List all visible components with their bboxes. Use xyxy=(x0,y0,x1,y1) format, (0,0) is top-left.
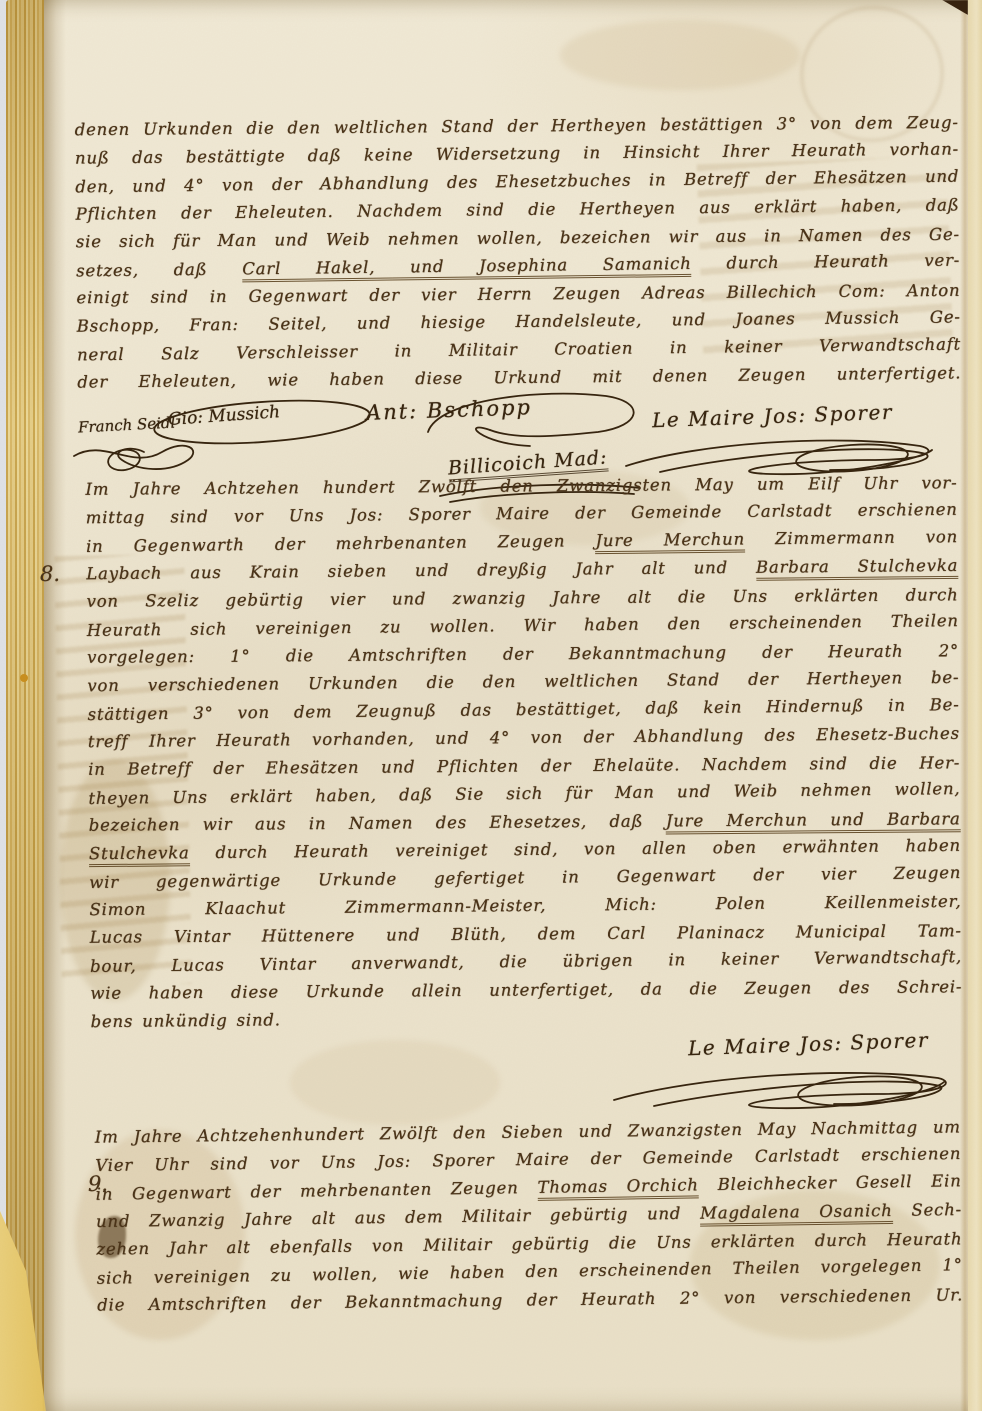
manuscript-text: in Betreff der Ehesätzen und Pflichten d… xyxy=(88,753,960,779)
underlined-name: Magdalena Osanich xyxy=(700,1201,893,1227)
manuscript-text: Laybach aus Krain sieben und dreyßig Jah… xyxy=(86,558,756,583)
manuscript-text: Bleichhecker Gesell Ein xyxy=(699,1171,962,1194)
entry-9-text: Im Jahre Achtzehenhundert Zwölft den Sie… xyxy=(95,1112,964,1320)
adjacent-leaf-edge xyxy=(968,0,982,1411)
manuscript-text: in Gegenwart der mehrbenanten Zeugen xyxy=(96,1178,538,1204)
manuscript-text: bens unkündig sind. xyxy=(90,1010,280,1031)
wax-speck xyxy=(20,674,28,682)
manuscript-text: theyen Uns erklärt haben, daß Sie sich f… xyxy=(88,779,960,808)
manuscript-text: denen Urkunden die den weltlichen Stand … xyxy=(75,113,959,139)
manuscript-text: Simon Klaachut Zimmermann-Meister, Mich:… xyxy=(89,892,961,919)
manuscript-text: Lucas Vintar Hüttenere und Blüth, dem Ca… xyxy=(90,921,962,947)
manuscript-text: wir gegenwärtige Urkunde gefertiget in G… xyxy=(89,863,961,892)
underlined-name: Barbara Stulchevka xyxy=(756,556,958,581)
manuscript-text: einigt sind in Gegenwart der vier Herrn … xyxy=(76,281,960,307)
entry-8-number: 8. xyxy=(40,562,60,586)
manuscript-text: Sech- xyxy=(892,1200,962,1220)
manuscript-text: durch Heurath ver- xyxy=(691,251,960,273)
scanned-register-page: { "document_kind": "Handwritten civil ma… xyxy=(0,0,982,1411)
entry-8-text: Im Jahre Achtzehen hundert Zwölft den Zw… xyxy=(85,468,962,1036)
manuscript-text: neral Salz Verschleisser in Militair Cro… xyxy=(77,335,961,365)
manuscript-text: wie haben diese Urkunde allein unterfert… xyxy=(90,977,962,1003)
manuscript-text: Heurath sich vereinigen zu wollen. Wir h… xyxy=(87,611,959,640)
underlined-name: Carl Hakel, und Josephina Samanich xyxy=(242,254,692,282)
underlined-name: Jure Merchun und Barbara xyxy=(666,809,961,834)
manuscript-text: den, und 4° von der Abhandlung des Ehese… xyxy=(75,167,959,197)
book-binding-edge xyxy=(6,0,44,1411)
manuscript-text: Zimmermann von xyxy=(745,527,958,548)
underlined-name: Thomas Orchich xyxy=(537,1175,699,1201)
manuscript-text: mittag sind vor Uns Jos: Sporer Maire de… xyxy=(86,500,958,527)
underlined-name: Stulchevka xyxy=(89,843,190,867)
underlined-name: Jure Merchun xyxy=(595,529,745,554)
manuscript-text: bour, Lucas Vintar anverwandt, die übrig… xyxy=(90,947,962,976)
manuscript-text: von Szeliz gebürtig vier und zwanzig Jah… xyxy=(86,585,958,611)
manuscript-text: treff Ihrer Heurath vorhanden, und 4° vo… xyxy=(88,724,960,751)
manuscript-text: von verschiedenen Urkunden die den weltl… xyxy=(87,668,959,695)
manuscript-text: und Zwanzig Jahre alt aus dem Militair g… xyxy=(96,1204,700,1231)
manuscript-text: in Gegenwarth der mehrbenanten Zeugen xyxy=(86,531,596,556)
manuscript-text: Im Jahre Achtzehenhundert Zwölft den Sie… xyxy=(95,1117,961,1146)
manuscript-text: die Amtschriften der Bekanntmachung der … xyxy=(97,1285,963,1314)
manuscript-text: durch Heurath vereiniget sind, von allen… xyxy=(190,836,962,862)
manuscript-text: vorgelegen: 1° die Amtschriften der Beka… xyxy=(87,641,959,667)
manuscript-text: stättigen 3° von dem Zeugnuß das bestätt… xyxy=(88,695,960,724)
manuscript-text: Im Jahre Achtzehen hundert Zwölft den Zw… xyxy=(85,473,957,499)
manuscript-text: setzes, daß xyxy=(76,259,242,280)
entry-7-continuation-text: denen Urkunden die den weltlichen Stand … xyxy=(75,107,962,396)
manuscript-text: bezeichen wir aus in Namen des Ehesetzes… xyxy=(89,811,666,834)
